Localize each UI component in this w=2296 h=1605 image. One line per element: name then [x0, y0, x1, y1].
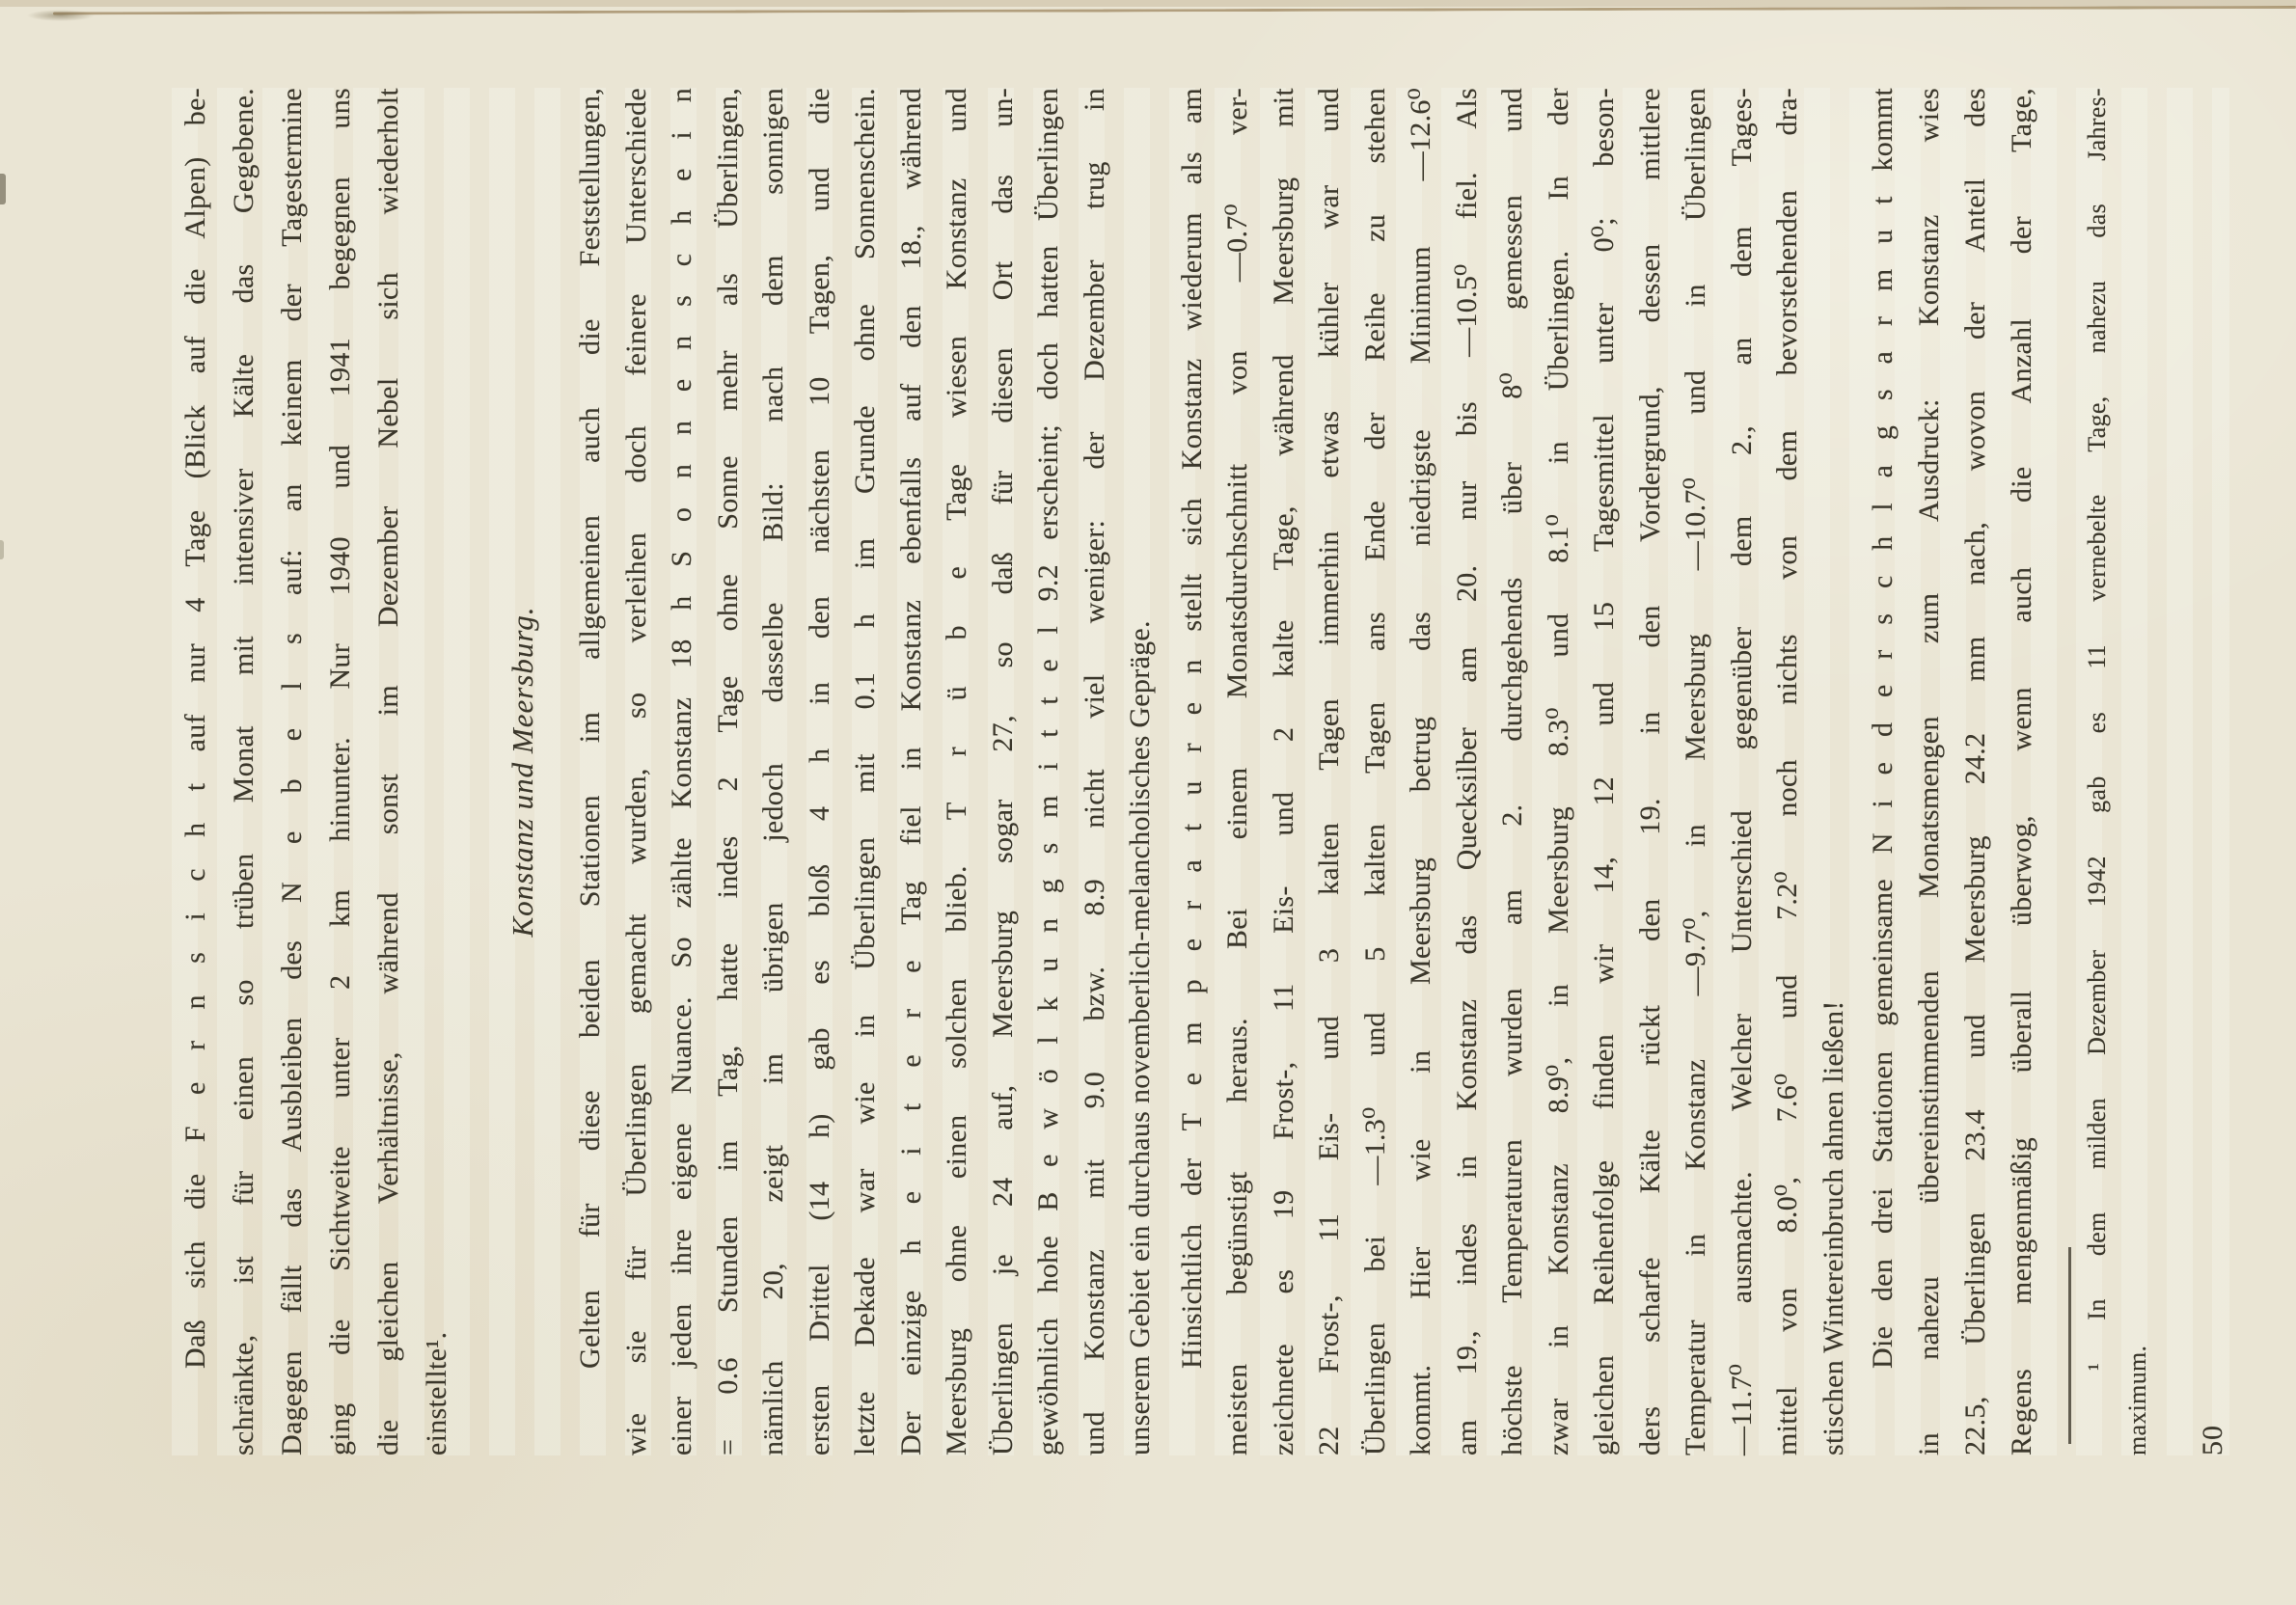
footnote-rule [2068, 1247, 2071, 1444]
text-line: —11.7⁰ ausmachte. Welcher Unterschied ge… [1719, 88, 1765, 1455]
text-line: einstellte¹. [413, 88, 461, 1455]
text-line: gewöhnlich hohe B e w ö l k u n g s m i … [1025, 88, 1072, 1455]
text-line: stischen Wintereinbruch ahnen ließen! [1811, 88, 1857, 1455]
text-line: Dagegen fällt das Ausbleiben des N e b e… [268, 88, 316, 1455]
page-edge-shadow [0, 0, 2296, 7]
text-line: Überlingen je 24 auf, Meersburg sogar 27… [980, 88, 1026, 1455]
text-line: kommt. Hier wie in Meersburg betrug das … [1398, 88, 1444, 1455]
scan-artifact-corner [27, 10, 95, 21]
text-line: unserem Gebiet ein durchaus novemberlich… [1117, 88, 1163, 1455]
section-heading: Konstanz und Meersburg. [500, 88, 546, 1455]
text-block: Daß sich die F e r n s i c h t auf nur 4… [172, 88, 2229, 1455]
text-line: Daß sich die F e r n s i c h t auf nur 4… [172, 88, 220, 1455]
book-page: Daß sich die F e r n s i c h t auf nur 4… [0, 0, 2296, 1605]
text-line: letzte Dekade war wie in Überlingen mit … [842, 88, 888, 1455]
paragraph-sonnenschein: Gelten für diese beiden Stationen im all… [567, 88, 1163, 1455]
text-line: Der einzige h e i t e r e Tag fiel in Ko… [888, 88, 935, 1455]
text-line: am 19., indes in Konstanz das Quecksilbe… [1444, 88, 1490, 1455]
paragraph-niederschlag: Die den drei Stationen gemeinsame N i e … [1860, 88, 2045, 1455]
text-line: ders scharfe Kälte rückt den 19. in den … [1627, 88, 1674, 1455]
text-line: mittel von 8.0⁰, 7.6⁰ und 7.2⁰ noch nich… [1764, 88, 1811, 1455]
text-line: Regens mengenmäßig überall überwog, wenn… [1999, 88, 2045, 1455]
text-line: zeichnete es 19 Frost-, 11 Eis- und 2 ka… [1261, 88, 1307, 1455]
text-line: ersten Drittel (14 h) gab es bloß 4 h in… [797, 88, 843, 1455]
text-line: nämlich 20, zeigt im übrigen jedoch dass… [751, 88, 797, 1455]
text-line: 22 Frost-, 11 Eis- und 3 kalten Tagen im… [1306, 88, 1353, 1455]
text-line: zwar in Konstanz 8.9⁰, in Meersburg 8.3⁰… [1536, 88, 1582, 1455]
text-line: Temperatur in Konstanz —9.7⁰, in Meersbu… [1673, 88, 1719, 1455]
text-line: einer jeden ihre eigene Nuance. So zählt… [659, 88, 705, 1455]
text-line: ¹ In dem milden Dezember 1942 gab es 11 … [2077, 88, 2118, 1455]
scan-artifact-tick [0, 174, 6, 204]
text-line: Gelten für diese beiden Stationen im all… [567, 88, 614, 1455]
text-line: Die den drei Stationen gemeinsame N i e … [1860, 88, 1906, 1455]
text-line: meisten begünstigt heraus. Bei einem Mon… [1215, 88, 1261, 1455]
paragraph-temperaturen: Hinsichtlich der T e m p e r a t u r e n… [1169, 88, 1857, 1455]
paragraph-fernsicht: Daß sich die F e r n s i c h t auf nur 4… [172, 88, 461, 1455]
text-line: und Konstanz mit 9.0 bzw. 8.9 nicht viel… [1072, 88, 1118, 1455]
text-line: schränkte, ist für einen so trüben Monat… [220, 88, 268, 1455]
scanned-book-photo: Daß sich die F e r n s i c h t auf nur 4… [0, 0, 2296, 1605]
text-line: höchste Temperaturen wurden am 2. durchg… [1490, 88, 1536, 1455]
text-line: Hinsichtlich der T e m p e r a t u r e n… [1169, 88, 1216, 1455]
text-line: Meersburg ohne einen solchen blieb. T r … [934, 88, 980, 1455]
text-line: gleichen Reihenfolge finden wir 14, 12 u… [1581, 88, 1627, 1455]
text-line: maximum. [2118, 88, 2158, 1455]
text-line: ging die Sichtweite unter 2 km hinunter.… [316, 88, 365, 1455]
text-line: die gleichen Verhältnisse, während sonst… [365, 88, 413, 1455]
footnote: ¹ In dem milden Dezember 1942 gab es 11 … [2077, 88, 2158, 1455]
text-line: Überlingen bei —1.3⁰ und 5 kalten Tagen … [1353, 88, 1399, 1455]
text-line: wie sie für Überlingen gemacht wurden, s… [614, 88, 660, 1455]
text-line: = 0.6 Stunden im Tag, hatte indes 2 Tage… [705, 88, 752, 1455]
scan-artifact-tick-faint [0, 540, 4, 559]
page-number: 50 [2197, 88, 2229, 1455]
text-line: in nahezu übereinstimmenden Monatsmengen… [1906, 88, 1953, 1455]
text-line: 22.5, Überlingen 23.4 und Meersburg 24.2… [1953, 88, 1999, 1455]
